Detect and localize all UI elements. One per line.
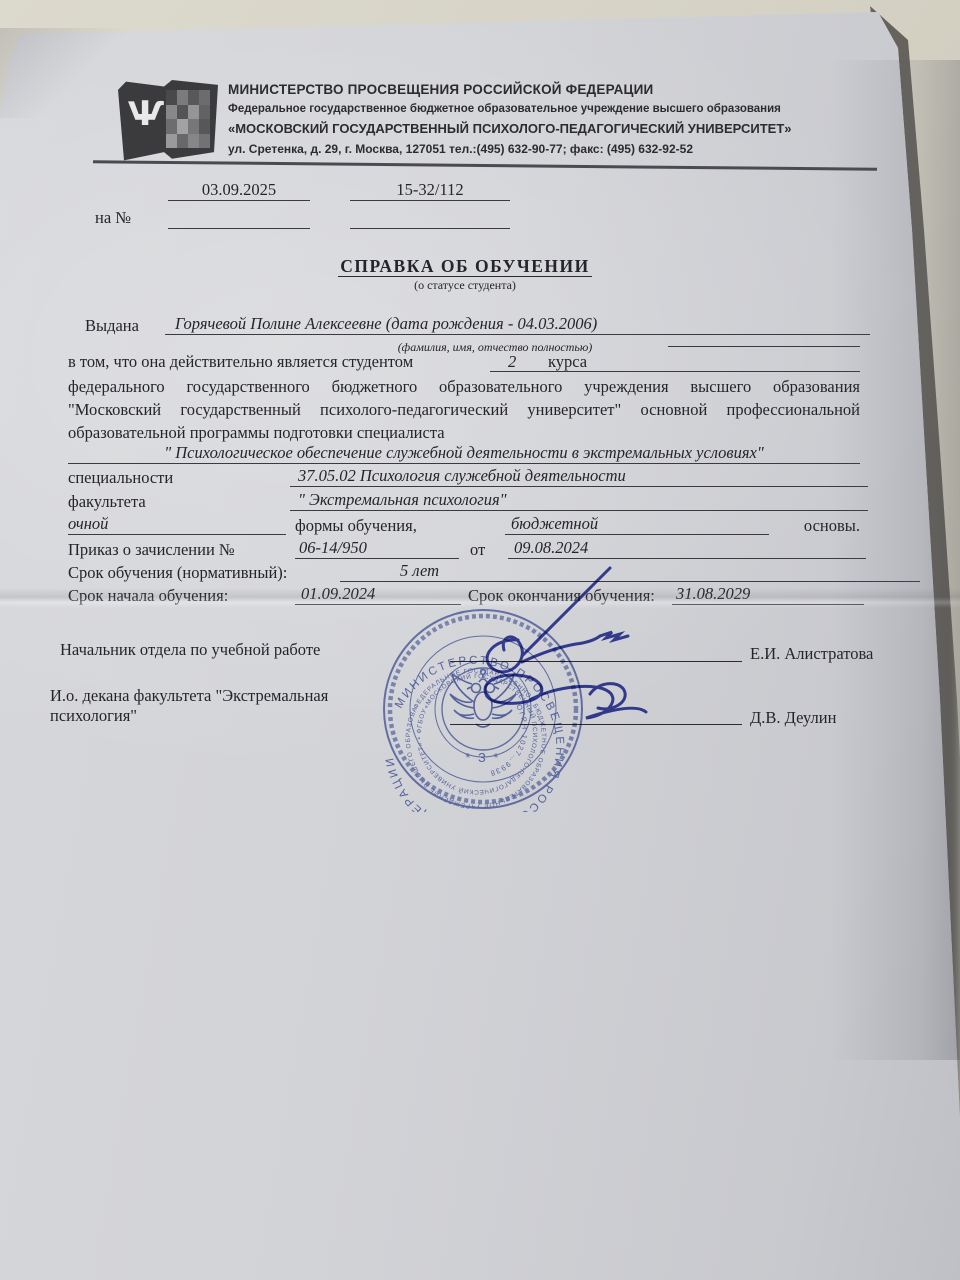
basis-value: бюджетной [505, 514, 769, 535]
ministry-name: МИНИСТЕРСТВО ПРОСВЕЩЕНИЯ РОССИЙСКОЙ ФЕДЕ… [228, 82, 880, 97]
order-label: Приказ о зачислении № [68, 540, 235, 560]
issued-blank-line [668, 332, 860, 347]
specialty-label: специальности [68, 468, 173, 488]
psi-trident-icon: Ѱ [126, 88, 166, 144]
issued-label: Выдана [85, 316, 139, 336]
signature-ink-2 [440, 660, 680, 750]
na-no-label: на № [95, 208, 131, 228]
course-field [490, 350, 860, 372]
sig2-title: И.о. декана факультета "Экстремальная пс… [50, 686, 370, 726]
duration-label: Срок обучения (нормативный): [68, 563, 287, 583]
document-subtitle: (о статусе студента) [0, 278, 930, 293]
photo-of-document: Ѱ МИНИСТЕРСТВО ПРОСВЕЩЕНИЯ РОССИЙСКОЙ ФЕ… [0, 0, 960, 1280]
faculty-value: " Экстремальная психология" [290, 490, 868, 511]
sig2-name: Д.В. Деулин [750, 708, 836, 728]
na-no-blank-1 [168, 210, 310, 229]
faculty-label: факультета [68, 492, 146, 512]
sig1-title: Начальник отдела по учебной работе [60, 640, 420, 660]
doc-date: 03.09.2025 [168, 180, 310, 201]
paragraph-line-3: образовательной программы подготовки спе… [68, 423, 860, 443]
university-name: «МОСКОВСКИЙ ГОСУДАРСТВЕННЫЙ ПСИХОЛОГО-ПЕ… [228, 121, 880, 136]
sig1-name: Е.И. Алистратова [750, 644, 873, 664]
paragraph-line-1: федерального государственного бюджетного… [68, 377, 860, 397]
course-value: 2 [508, 352, 516, 372]
university-logo: Ѱ [118, 80, 218, 162]
program-quote: " Психологическое обеспечение служебной … [68, 443, 860, 464]
basis-word: основы. [768, 516, 860, 536]
doc-number: 15-32/112 [350, 180, 510, 201]
na-no-blank-2 [350, 210, 510, 229]
institution-type: Федеральное государственное бюджетное об… [228, 103, 880, 115]
logo-mosaic [166, 90, 210, 148]
course-word: курса [548, 352, 587, 372]
paragraph-line-2: "Московский государственный психолого-пе… [68, 400, 860, 420]
form-value: очной [68, 514, 286, 535]
letterhead: МИНИСТЕРСТВО ПРОСВЕЩЕНИЯ РОССИЙСКОЙ ФЕДЕ… [228, 82, 880, 156]
document-title: СПРАВКА ОБ ОБУЧЕНИИ [0, 256, 930, 277]
form-label: формы обучения, [295, 516, 417, 536]
university-address: ул. Сретенка, д. 29, г. Москва, 127051 т… [228, 142, 880, 156]
student-line: в том, что она действительно является ст… [68, 352, 413, 372]
start-label: Срок начала обучения: [68, 586, 228, 606]
specialty-value: 37.05.02 Психология служебной деятельнос… [290, 466, 868, 487]
